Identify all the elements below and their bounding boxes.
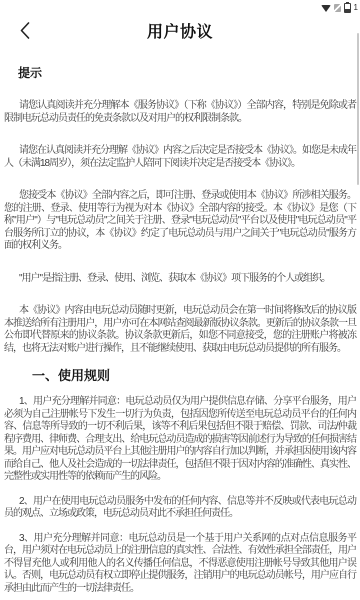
section-heading-usage-rules: 一、使用规则 [32,367,356,384]
scrollbar-thumb[interactable] [357,33,359,185]
section-paragraph: 2、用户在使用电玩总动员服务中发布的任何内容、信息等并不反映或代表电玩总动员的观… [4,496,356,521]
battery-level-text: 1 [354,4,358,12]
back-arrow-icon [20,22,30,39]
wifi-icon [321,5,331,12]
section-paragraph: 1、用户充分理解并同意：电玩总动员仅为用户提供信息存储、分享平台服务，用户必须为… [4,396,356,484]
intro-paragraph: 本《协议》内容由电玩总动员随时更新，电玩总动员会在第一时间将修改后的协议版本推送… [4,305,356,355]
back-button[interactable] [14,19,36,41]
battery-icon [344,3,351,13]
tip-heading: 提示 [18,66,356,80]
intro-paragraph: 请您认真阅读并充分理解本《服务协议》（下称《协议》）全部内容，特别是免除或者限制… [4,100,356,125]
agreement-content: 提示 请您认真阅读并充分理解本《服务协议》（下称《协议》）全部内容，特别是免除或… [0,66,360,595]
header: 用户协议 [0,13,360,48]
no-sim-icon [334,4,341,12]
section-paragraph: 3、用户充分理解并同意：电玩总动员是一个基于用户关系网的点对点信息服务平台，用户… [4,533,356,596]
page-title: 用户协议 [147,19,213,42]
intro-paragraph: 您接受本《协议》全部内容之后，即可注册、登录或使用本《协议》所涉相关服务。您的注… [4,190,356,253]
user-agreement-screen: { "status_bar": { "battery_text": "1" },… [0,0,360,600]
intro-paragraph: 请您在认真阅读并充分理解《协议》内容之后决定是否接受本《协议》。如您是未成年人（… [4,145,356,170]
status-bar: 1 [0,0,360,13]
intro-paragraph: "用户"是指注册、登录、使用、浏览、获取本《协议》项下服务的个人或组织。 [4,273,356,286]
